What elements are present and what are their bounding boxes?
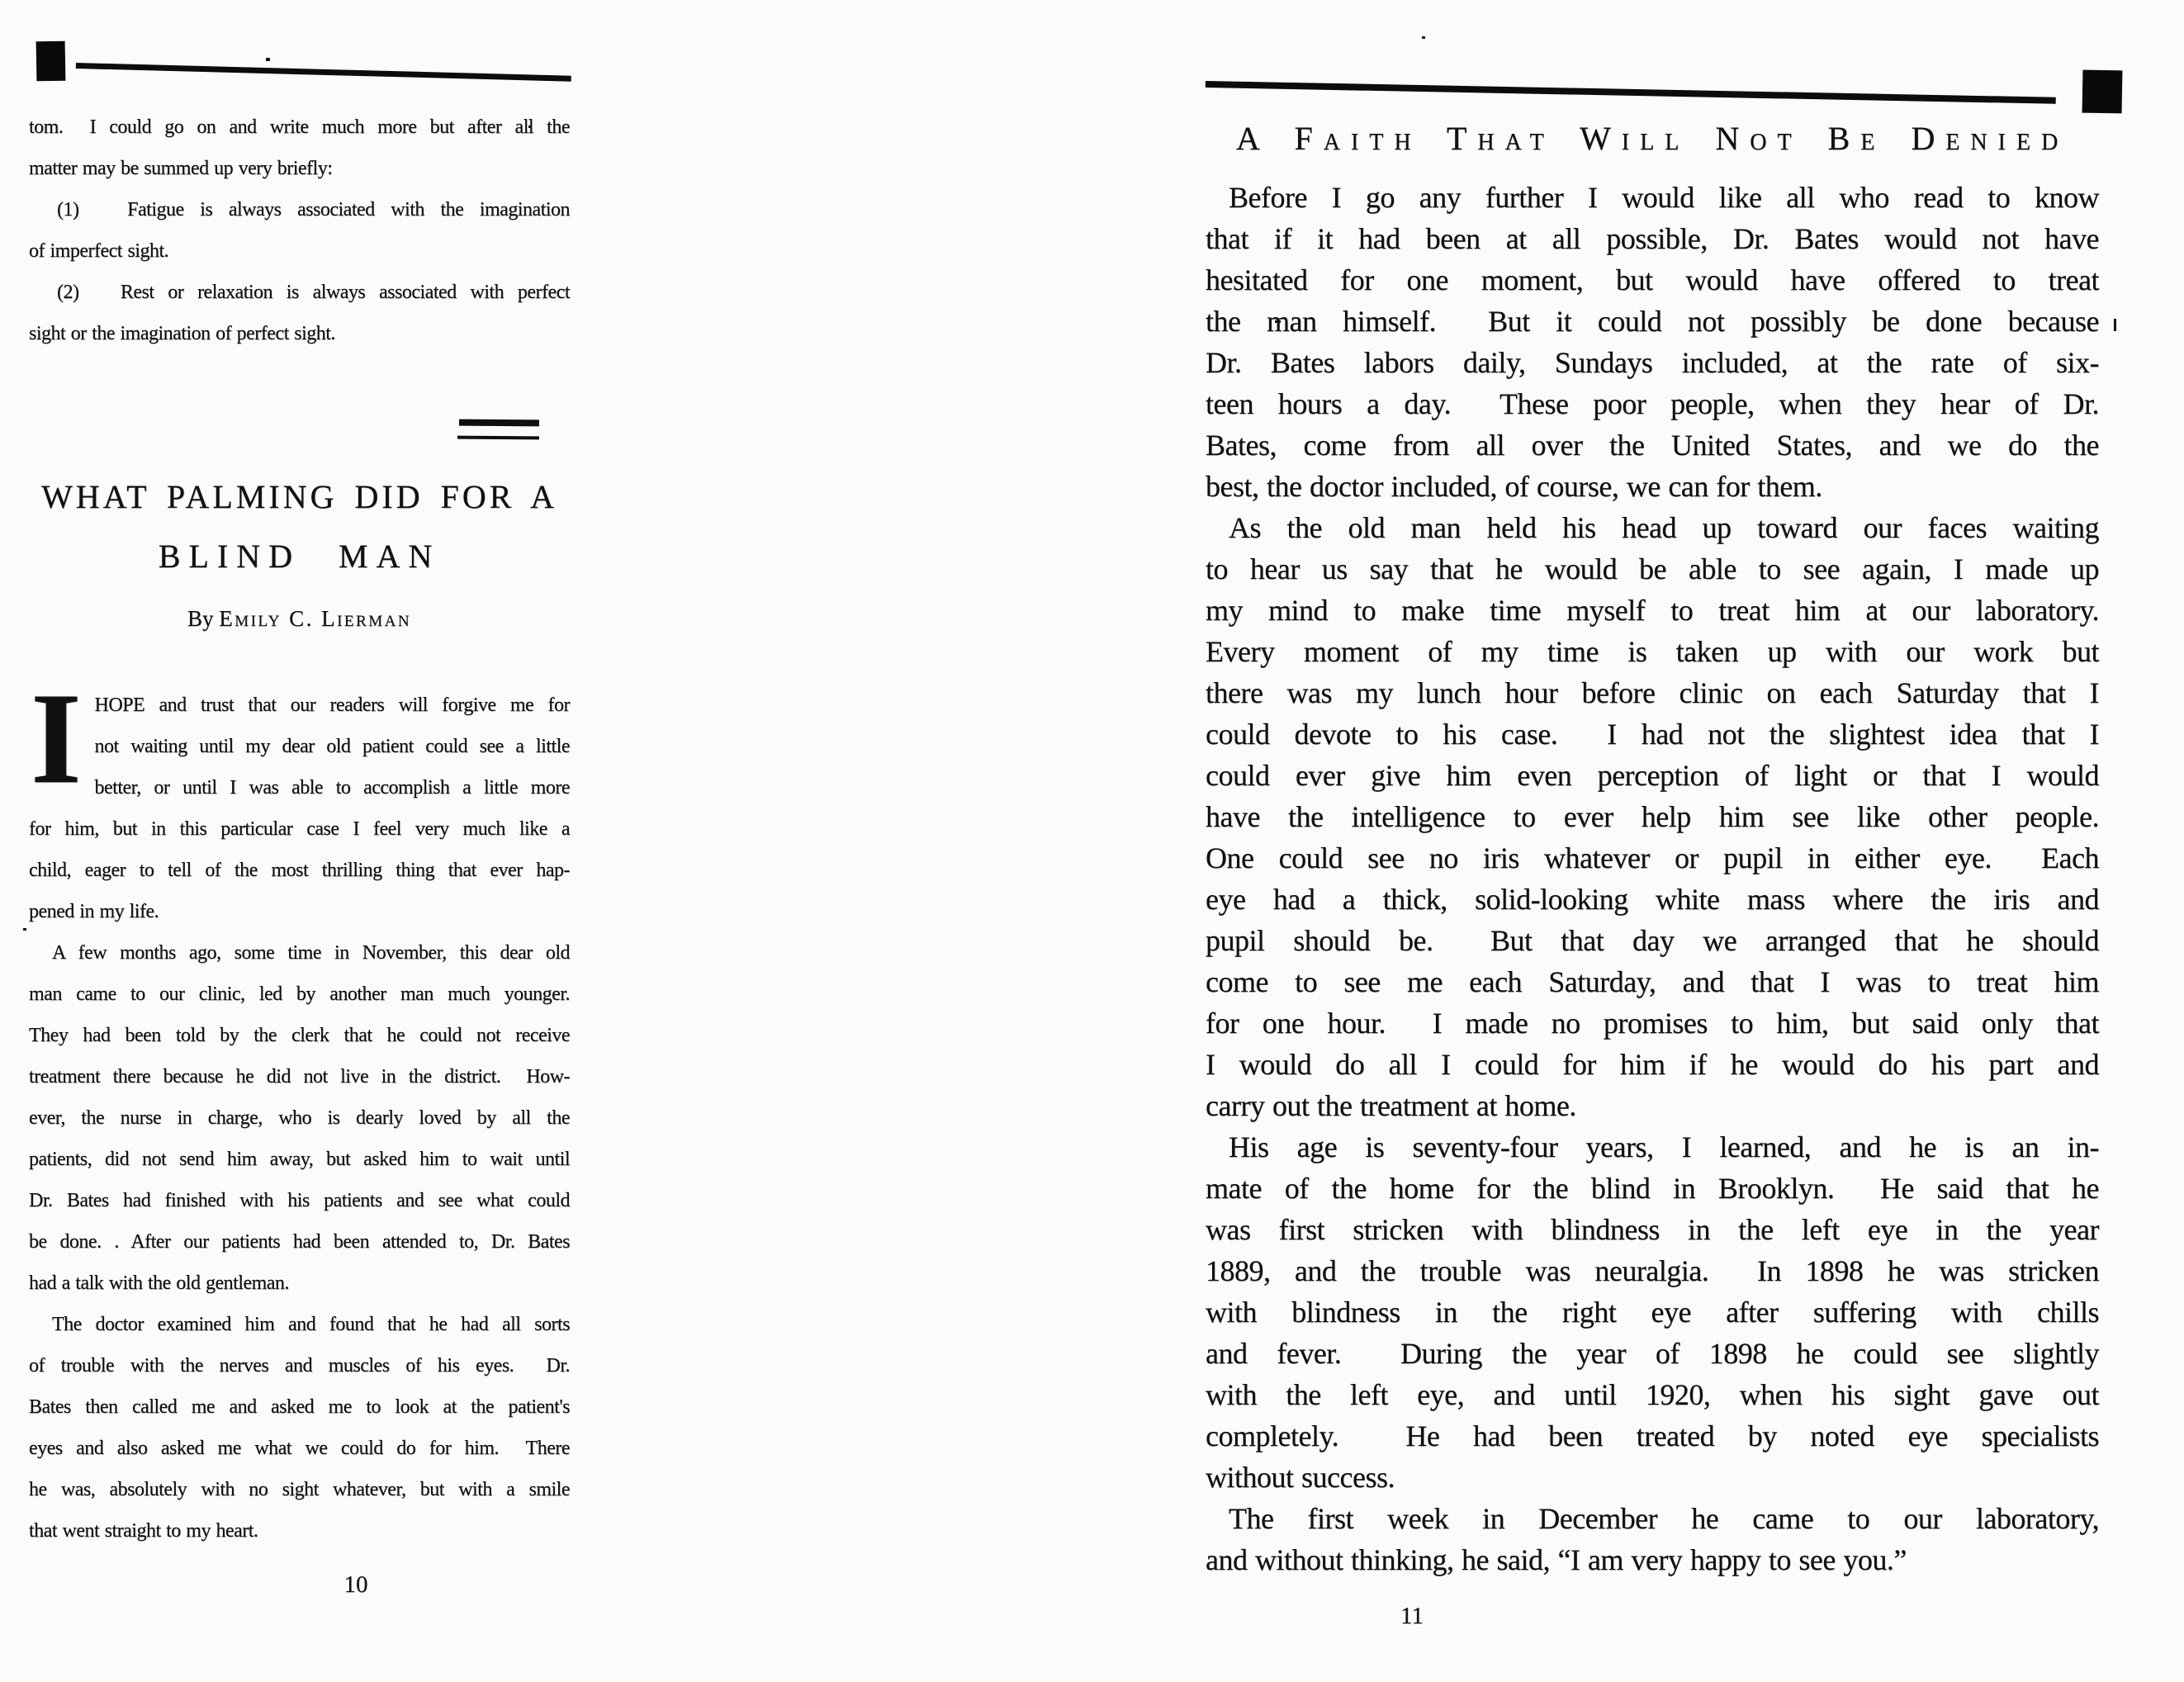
text-line: Every moment of my time is taken up with… (1206, 631, 2099, 672)
text-line: better, or until I was able to accomplis… (29, 767, 570, 808)
text-line: that if it had been at all possible, Dr.… (1206, 218, 2099, 259)
opening-paragraph: I HOPE and trust that our readers will f… (29, 685, 570, 932)
scan-speck (2114, 319, 2116, 331)
text-line: without success. (1206, 1457, 2099, 1498)
text-line: tom. I could go on and write much more b… (29, 107, 570, 148)
text-line: sight or the imagination of perfect sigh… (29, 313, 570, 354)
page-number-left: 10 (327, 1571, 385, 1599)
text-line: carry out the treatment at home. (1206, 1085, 2099, 1126)
byline-author: Emily C. Lierman (219, 606, 411, 631)
section-divider-top (459, 419, 539, 427)
text-line: he was, absolutely with no sight whateve… (29, 1469, 570, 1510)
right-corner-ornament (2082, 70, 2123, 114)
text-line: have the intelligence to ever help him s… (1206, 796, 2099, 837)
article-title: WHAT PALMING DID FOR A BLIND MAN (29, 467, 570, 586)
text-line: eye had a thick, solid-looking white mas… (1206, 879, 2099, 920)
scan-speck (266, 58, 270, 61)
text-line: Bates then called me and asked me to loo… (29, 1386, 570, 1428)
text-line: (1) Fatigue is always associated with th… (29, 189, 570, 230)
text-line: with the left eye, and until 1920, when … (1206, 1374, 2099, 1415)
text-line: pened in my life. (29, 891, 570, 932)
text-line: be done. . After our patients had been a… (29, 1221, 570, 1263)
byline: By Emily C. Lierman (29, 604, 570, 633)
scan-speck (1422, 36, 1425, 39)
text-line: The doctor examined him and found that h… (29, 1304, 570, 1345)
text-line: The first week in December he came to ou… (1206, 1498, 2099, 1539)
text-line: man came to our clinic, led by another m… (29, 974, 570, 1015)
text-line: 1889, and the trouble was neuralgia. In … (1206, 1250, 2099, 1291)
intro-continuation-paragraph: tom. I could go on and write much more b… (29, 107, 570, 189)
chapter-heading: A Faith That Will Not Be Denied (1206, 116, 2099, 162)
numbered-point-1: (1) Fatigue is always associated with th… (29, 189, 570, 272)
text-line: the man himself. But it could not possib… (1206, 301, 2099, 342)
text-line: They had been told by the clerk that he … (29, 1015, 570, 1056)
text-line: not waiting until my dear old patient co… (29, 726, 570, 767)
text-line: could devote to his case. I had not the … (1206, 713, 2099, 755)
right-paragraph-3: His age is seventy-four years, I learned… (1206, 1126, 2099, 1498)
left-paragraph-3: The doctor examined him and found that h… (29, 1304, 570, 1552)
right-paragraph-4: The first week in December he came to ou… (1206, 1498, 2099, 1580)
scan-speck (23, 928, 26, 931)
numbered-point-2: (2) Rest or relaxation is always associa… (29, 272, 570, 354)
text-line: and fever. During the year of 1898 he co… (1206, 1333, 2099, 1374)
text-line: Dr. Bates had finished with his patients… (29, 1180, 570, 1221)
text-line: with blindness in the right eye after su… (1206, 1291, 2099, 1333)
text-line: child, eager to tell of the most thrilli… (29, 850, 570, 891)
right-paragraph-1: Before I go any further I would like all… (1206, 177, 2099, 507)
text-line: mate of the home for the blind in Brookl… (1206, 1168, 2099, 1209)
right-paragraph-2: As the old man held his head up toward o… (1206, 507, 2099, 1126)
text-line: hesitated for one moment, but would have… (1206, 259, 2099, 301)
text-line: to hear us say that he would be able to … (1206, 548, 2099, 590)
text-line: I would do all I could for him if he wou… (1206, 1044, 2099, 1085)
right-header-rule (1206, 81, 2056, 104)
text-line: could ever give him even perception of l… (1206, 755, 2099, 796)
drop-cap: I (31, 685, 82, 794)
opening-paragraph-text: HOPE and trust that our readers will for… (29, 685, 570, 932)
left-header-rule (76, 63, 571, 82)
text-line: teen hours a day. These poor people, whe… (1206, 383, 2099, 424)
byline-prefix: By (187, 606, 219, 631)
text-line: completely. He had been treated by noted… (1206, 1415, 2099, 1457)
text-line: ever, the nurse in charge, who is dearly… (29, 1097, 570, 1139)
text-line: One could see no iris whatever or pupil … (1206, 837, 2099, 879)
section-divider-bottom (457, 436, 539, 440)
text-line: was first stricken with blindness in the… (1206, 1209, 2099, 1250)
text-line: matter may be summed up very briefly: (29, 148, 570, 189)
text-line: eyes and also asked me what we could do … (29, 1428, 570, 1469)
article-title-line2: BLIND MAN (29, 527, 570, 586)
text-line: there was my lunch hour before clinic on… (1206, 672, 2099, 713)
text-line: for one hour. I made no promises to him,… (1206, 1002, 2099, 1044)
text-line: His age is seventy-four years, I learned… (1206, 1126, 2099, 1168)
text-line: and without thinking, he said, “I am ver… (1206, 1539, 2099, 1580)
text-line: my mind to make time myself to treat him… (1206, 590, 2099, 631)
text-line: had a talk with the old gentleman. (29, 1263, 570, 1304)
text-line: Bates, come from all over the United Sta… (1206, 424, 2099, 466)
text-line: that went straight to my heart. (29, 1510, 570, 1552)
article-title-line1: WHAT PALMING DID FOR A (29, 467, 570, 527)
text-line: of trouble with the nerves and muscles o… (29, 1345, 570, 1386)
page-number-right: 11 (1383, 1602, 1441, 1630)
text-line: Before I go any further I would like all… (1206, 177, 2099, 218)
text-line: As the old man held his head up toward o… (1206, 507, 2099, 548)
text-line: patients, did not send him away, but ask… (29, 1139, 570, 1180)
text-line: of imperfect sight. (29, 230, 570, 272)
text-line: for him, but in this particular case I f… (29, 808, 570, 850)
text-line: Dr. Bates labors daily, Sundays included… (1206, 342, 2099, 383)
text-line: (2) Rest or relaxation is always associa… (29, 272, 570, 313)
left-paragraph-2: A few months ago, some time in November,… (29, 932, 570, 1304)
text-line: come to see me each Saturday, and that I… (1206, 961, 2099, 1002)
scanned-book-spread: tom. I could go on and write much more b… (0, 0, 2184, 1682)
text-line: best, the doctor included, of course, we… (1206, 466, 2099, 507)
text-line: pupil should be. But that day we arrange… (1206, 920, 2099, 961)
text-line: HOPE and trust that our readers will for… (29, 685, 570, 726)
text-line: treatment there because he did not live … (29, 1056, 570, 1097)
text-line: A few months ago, some time in November,… (29, 932, 570, 974)
left-corner-ornament (36, 41, 66, 82)
